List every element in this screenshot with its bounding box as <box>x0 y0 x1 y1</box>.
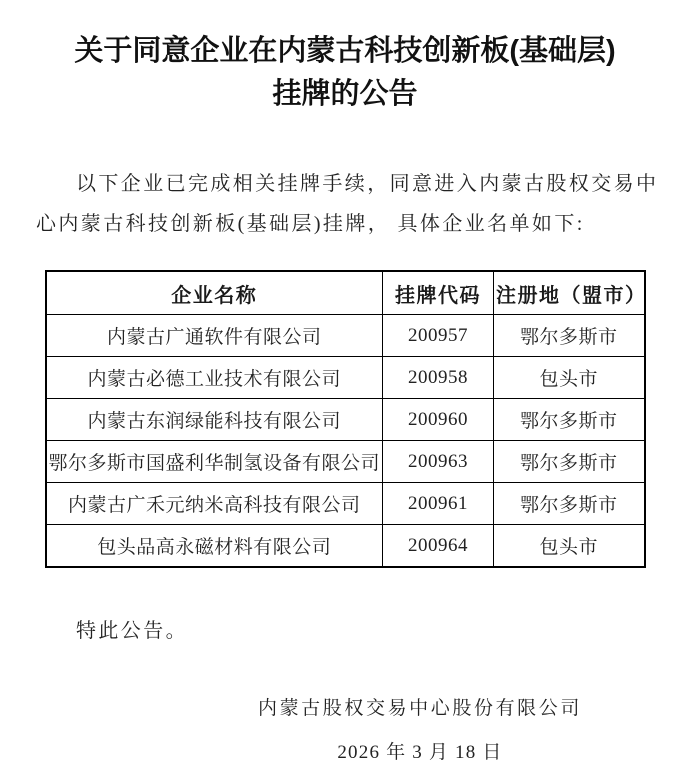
cell-company-name: 包头品高永磁材料有限公司 <box>46 525 383 568</box>
cell-listing-code: 200958 <box>383 357 494 399</box>
table-row: 包头品高永磁材料有限公司 200964 包头市 <box>46 525 645 568</box>
cell-registration-city: 包头市 <box>494 357 645 399</box>
header-registration-city: 注册地（盟市） <box>494 271 645 315</box>
page-title: 关于同意企业在内蒙古科技创新板(基础层) 挂牌的公告 <box>30 30 660 116</box>
signature-block: 内蒙古股权交易中心股份有限公司 2026 年 3 月 18 日 <box>258 693 582 764</box>
cell-listing-code: 200961 <box>383 483 494 525</box>
table-row: 内蒙古东润绿能科技有限公司 200960 鄂尔多斯市 <box>46 399 645 441</box>
cell-registration-city: 鄂尔多斯市 <box>494 483 645 525</box>
cell-company-name: 内蒙古广禾元纳米高科技有限公司 <box>46 483 383 525</box>
table-row: 内蒙古广通软件有限公司 200957 鄂尔多斯市 <box>46 315 645 357</box>
intro-paragraph: 以下企业已完成相关挂牌手续，同意进入内蒙古股权交易中 心内蒙古科技创新板(基础层… <box>36 164 656 244</box>
cell-company-name: 内蒙古东润绿能科技有限公司 <box>46 399 383 441</box>
cell-company-name: 内蒙古必德工业技术有限公司 <box>46 357 383 399</box>
page-title-line-1: 关于同意企业在内蒙古科技创新板(基础层) <box>30 30 660 73</box>
issue-date: 2026 年 3 月 18 日 <box>258 737 582 764</box>
closing-statement: 特此公告。 <box>36 614 654 643</box>
company-listing-table: 企业名称 挂牌代码 注册地（盟市） 内蒙古广通软件有限公司 200957 鄂尔多… <box>45 270 646 568</box>
page-title-line-2: 挂牌的公告 <box>30 73 660 116</box>
cell-listing-code: 200957 <box>383 315 494 357</box>
header-listing-code: 挂牌代码 <box>383 271 494 315</box>
table-row: 内蒙古必德工业技术有限公司 200958 包头市 <box>46 357 645 399</box>
table-row: 鄂尔多斯市国盛利华制氢设备有限公司 200963 鄂尔多斯市 <box>46 441 645 483</box>
cell-registration-city: 鄂尔多斯市 <box>494 315 645 357</box>
issuer-name: 内蒙古股权交易中心股份有限公司 <box>258 693 582 720</box>
table-row: 内蒙古广禾元纳米高科技有限公司 200961 鄂尔多斯市 <box>46 483 645 525</box>
cell-registration-city: 鄂尔多斯市 <box>494 399 645 441</box>
intro-line-1: 以下企业已完成相关挂牌手续，同意进入内蒙古股权交易中 <box>36 164 656 204</box>
table-header-row: 企业名称 挂牌代码 注册地（盟市） <box>46 271 645 315</box>
header-company-name: 企业名称 <box>46 271 383 315</box>
cell-listing-code: 200960 <box>383 399 494 441</box>
cell-registration-city: 鄂尔多斯市 <box>494 441 645 483</box>
cell-company-name: 鄂尔多斯市国盛利华制氢设备有限公司 <box>46 441 383 483</box>
cell-company-name: 内蒙古广通软件有限公司 <box>46 315 383 357</box>
cell-listing-code: 200964 <box>383 525 494 568</box>
cell-listing-code: 200963 <box>383 441 494 483</box>
intro-line-2: 心内蒙古科技创新板(基础层)挂牌， 具体企业名单如下: <box>36 204 656 244</box>
cell-registration-city: 包头市 <box>494 525 645 568</box>
announcement-document: 关于同意企业在内蒙古科技创新板(基础层) 挂牌的公告 以下企业已完成相关挂牌手续… <box>0 0 690 773</box>
